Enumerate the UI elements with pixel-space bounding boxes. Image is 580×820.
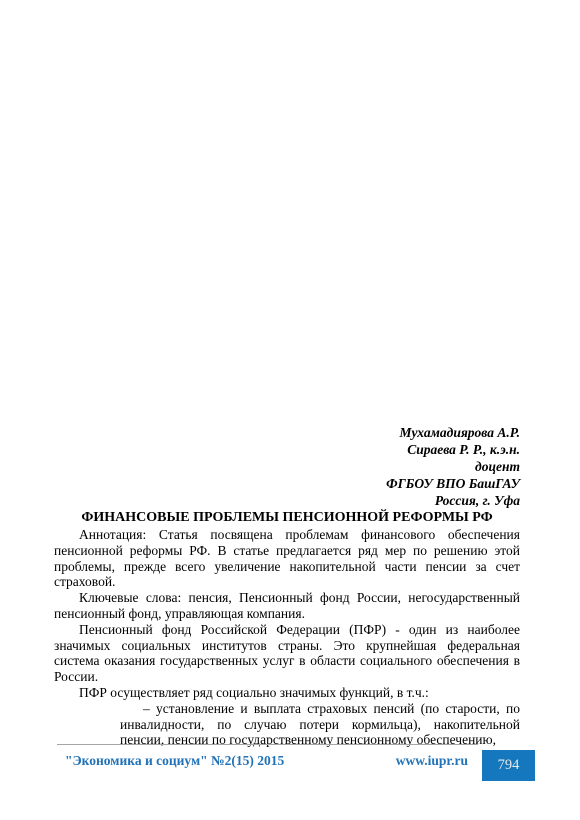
website-link[interactable]: www.iupr.ru bbox=[396, 753, 468, 769]
body-paragraph: Пенсионный фонд Российской Федерации (ПФ… bbox=[54, 622, 520, 685]
abstract-paragraph: Аннотация: Статья посвящена проблемам фи… bbox=[54, 527, 520, 590]
keywords-paragraph: Ключевые слова: пенсия, Пенсионный фонд … bbox=[54, 590, 520, 622]
author-block: Мухамадиярова А.Р. Сираева Р. Р., к.э.н.… bbox=[54, 424, 520, 509]
author-degree: доцент bbox=[54, 458, 520, 475]
author-name: Сираева Р. Р., к.э.н. bbox=[54, 441, 520, 458]
journal-title: "Экономика и социум" №2(15) 2015 bbox=[65, 753, 284, 769]
body-paragraph: ПФР осуществляет ряд социально значимых … bbox=[54, 685, 520, 701]
author-location: Россия, г. Уфа bbox=[54, 492, 520, 509]
page-number-badge: 794 bbox=[482, 750, 535, 781]
article-title: ФИНАНСОВЫЕ ПРОБЛЕМЫ ПЕНСИОННОЙ РЕФОРМЫ Р… bbox=[54, 509, 520, 527]
list-item: – установление и выплата страховых пенси… bbox=[120, 701, 520, 748]
author-name: Мухамадиярова А.Р. bbox=[54, 424, 520, 441]
document-page: Мухамадиярова А.Р. Сираева Р. Р., к.э.н.… bbox=[0, 0, 580, 820]
article-body: Мухамадиярова А.Р. Сираева Р. Р., к.э.н.… bbox=[54, 424, 520, 748]
author-affiliation: ФГБОУ ВПО БашГАУ bbox=[54, 475, 520, 492]
footer-divider bbox=[57, 744, 478, 745]
